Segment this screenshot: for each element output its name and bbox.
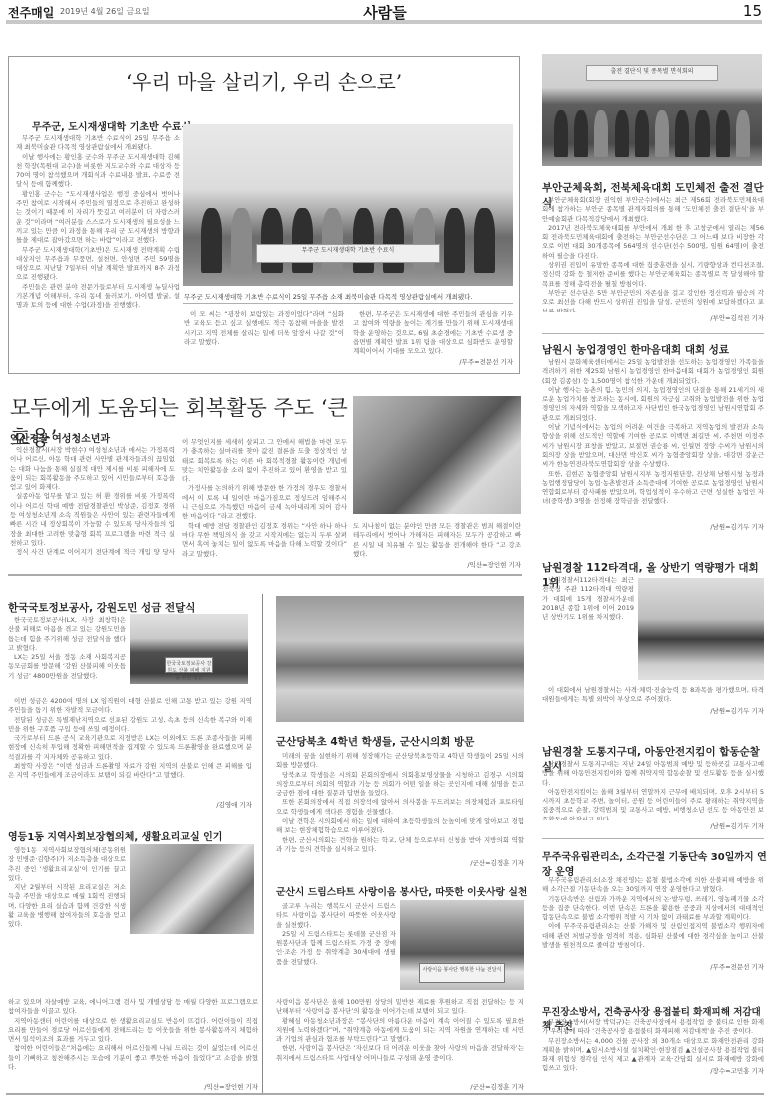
lx-photo: 한국국토정보공사 강원도 산불 피해 지원을 위한 성금 [130,614,248,684]
lx-photo-sign: 한국국토정보공사 강원도 산불 피해 지원을 위한 성금 [165,657,212,672]
namwon-farm-byline: /남원=김기두 기자 [542,522,764,531]
group-people [196,208,500,273]
namwon-112-body-a: 남원경찰서112타격대는 최근 전북청 주관 112타격대 역량평가 대회에 1… [542,576,634,640]
masthead-rule [6,20,762,24]
bottom-rule [6,1093,764,1095]
namwon-112-byline: /남원=김기두 기자 [542,706,764,715]
council-body: 미래의 꿈을 실현하기 위해 성장해가는 군산당북초등학교 4학년 학생들이 2… [276,752,524,862]
group-people [551,110,753,157]
volunteer-body-a: 골고루 누리는 행복도시 군산시 드림스타트 사랑이음 봉사단이 따뜻한 이웃사… [276,902,396,998]
feature-byline: /무주=전문선 기자 [353,357,513,366]
caption-rule [183,303,513,304]
rule-right-1 [542,333,764,334]
feature-photo: 무주군 도시재생대학 기초반 수료식 [183,124,513,286]
namwon-patrol-body: 남원경찰서 도통지구대는 지난 24일 아동범죄 예방 및 등하굣길 교통사고예… [542,760,764,820]
rule-mid [8,574,522,576]
fire-byline: /장수=고민홍 기자 [542,1066,764,1075]
mid-byline: /익산=장인현 기자 [353,560,521,569]
namwon-patrol-byline: /남원=김기두 기자 [542,821,764,830]
namwon-farm-headline: 남원시 농업경영인 한마음대회 대회 성료 [542,342,764,357]
mid-body-col3: 도 지나침이 없는 분야인 만큼 모든 경찰관은 범죄 해결이란 테두리에서 벗… [353,522,521,559]
mid-photo [353,396,521,514]
buan-photo: 출전 결단식 및 종목별 면석회의 [542,54,762,166]
namwon-farm-body: 남원시 문화체육센터에서는 25일 농업발전을 선도하는 농업경영인 가족들을 … [542,358,764,522]
issue-date: 2019년 4월 26일 금요일 [60,6,150,17]
mid-subhead: 익산경찰 여성청소년과 [10,430,180,445]
volunteer-byline: /군산=김정훈 기자 [276,1082,524,1091]
namwon-112-photo [638,578,764,680]
cooking-headline: 영등1동 지역사회보장협의체, 생활요리교실 인기 [8,828,260,843]
buan-body: 부안군체육회(회장 권익현 부안군수)에서는 최근 제56회 전라북도민체육대회… [542,196,764,312]
cooking-photo [130,844,254,934]
namwon-112-body-b: 이 대회에서 남원경찰서는 사격·체력·진술능력 등 8과목을 평가했으며, 타… [542,686,764,705]
council-byline: /군산=김정훈 기자 [276,858,524,867]
volunteer-photo-sign: 사랑이음 봉사단 행복한 나눔 전달식 [419,963,506,983]
feature-photo-caption: 무주군 도시재생대학 기초반 수료식이 25일 무주읍 소재 최북미술관 다목적… [184,292,514,301]
page-number: 15 [743,2,762,20]
volunteer-headline: 군산시 드림스타트 사랑이음 봉사단, 따뜻한 이웃사랑 실천 [276,884,530,898]
lx-headline: 한국국토정보공사, 강원도민 성금 전달식 [8,600,268,615]
lx-body-a: 한국국토정보공사(LX, 사장 최창학)은 산불 피해로 아픔을 겪고 있는 강… [8,616,126,698]
volunteer-photo: 사랑이음 봉사단 행복한 나눔 전달식 [400,900,524,990]
mid-body-col2: 이 무엇인지를 세세히 살피고 그 안에서 해법을 마련 모두가 충족하는 실마… [182,438,347,558]
buan-byline: /부안=김석진 기자 [542,313,764,322]
feature-body-col2: 이 모 씨는 “굉장히 보람있는 과정이었다”라며 “심화반 교육도 듣고 싶고… [184,310,344,347]
buan-photo-banner: 출전 결단식 및 종목별 면석회의 [586,65,718,81]
council-headline: 군산당북초 4학년 학생들, 군산시의회 방문 [276,734,526,749]
paper-name: 전주매일 [8,4,54,21]
cooking-body-b: 하고 있으며 자살예방 교육, 에니어그램 검사 및 개별상담 등 매월 다양한… [8,998,258,1082]
lx-body-b: 이번 성금은 4200여 명의 LX 임직원이 대형 산불로 인해 고통 받고 … [8,697,252,797]
feature-headline: ‘우리 마을 살리기, 우리 손으로’ [10,66,518,95]
fire-body: 무진장소방서(서장 박덕규)는 건축공사장에서 용접작업 중 불티로 인한 화재… [542,1018,764,1072]
mid-body-col1: 익산경찰서(서장 박현수) 여성청소년과 에서는 가정폭력이나 어르신, 아동 … [10,446,175,558]
volunteer-body-b: 사랑이음 봉사단은 올해 100만원 상당의 밑반찬 재료를 후원하고 직접 전… [276,998,524,1082]
rule-right-2 [542,838,764,839]
council-photo [276,596,524,722]
cooking-body-a: 영등1동 지역사회보장협의체(공동위원장 민병준·김향주)가 저소득층을 대상으… [8,846,126,996]
feature-body-col3: 한편, 무주군은 도시재생에 대한 주민들의 관심을 키우고 참여와 역량을 높… [353,310,513,356]
feature-photo-banner: 무주군 도시재생대학 기초반 수료식 [256,244,441,263]
forest-byline: /무주=전문선 기자 [542,962,764,971]
feature-subhead: 무주군, 도시재생대학 기초반 수료식 [32,118,192,133]
forest-body: 무주국유림관리소(소장 채진영)는 봄철 불법소각에 의한 산불피해 예방을 위… [542,876,764,964]
feature-body-col1: 무주군 도시재생대학 기초반 수료식이 25일 무주읍 소재 최북미술관 다목적… [16,134,180,366]
col-divider [262,594,263,1094]
forest-headline: 무주국유림관리소, 소각근절 기동단속 30일까지 연장 운영 [542,848,768,878]
cooking-byline: /익산=장인현 기자 [8,1082,258,1091]
lx-byline: /김영애 기자 [8,800,252,809]
